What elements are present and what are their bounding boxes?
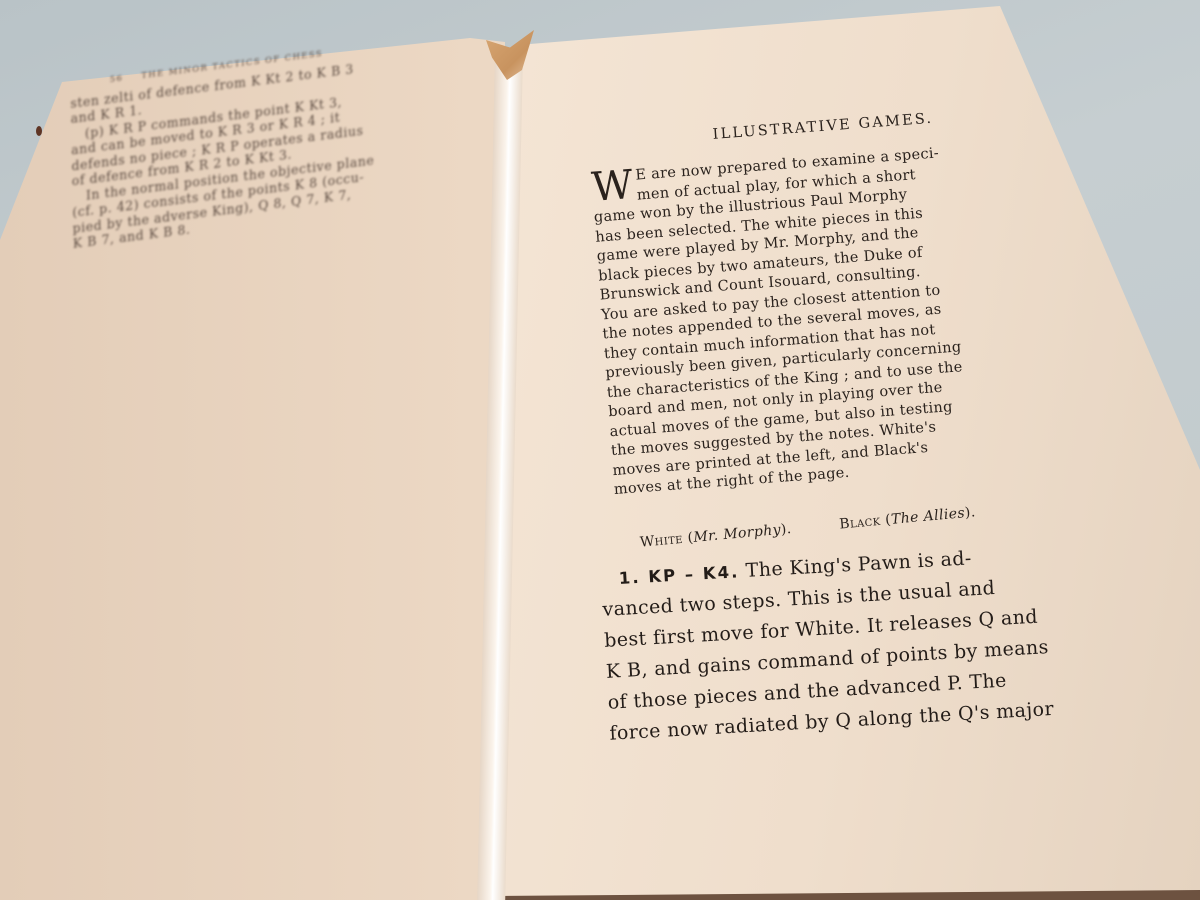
right-page-text: ILLUSTRATIVE GAMES. W E are now prepared… — [588, 104, 1057, 549]
move-annotation: 1. KP – K4. The King's Pawn is ad- vance… — [600, 534, 1140, 749]
intro-paragraph: W E are now prepared to examine a speci-… — [590, 138, 1053, 501]
photo-scene: 56 THE MINOR TACTICS OF CHESS sten zelti… — [0, 0, 1200, 900]
page-edge-speck — [36, 126, 42, 136]
white-label: White — [639, 530, 683, 550]
drop-cap: W — [591, 169, 635, 204]
black-label: Black — [839, 512, 882, 532]
page-number: 56 — [110, 73, 124, 85]
move-label: 1. KP – K4. — [618, 562, 740, 588]
